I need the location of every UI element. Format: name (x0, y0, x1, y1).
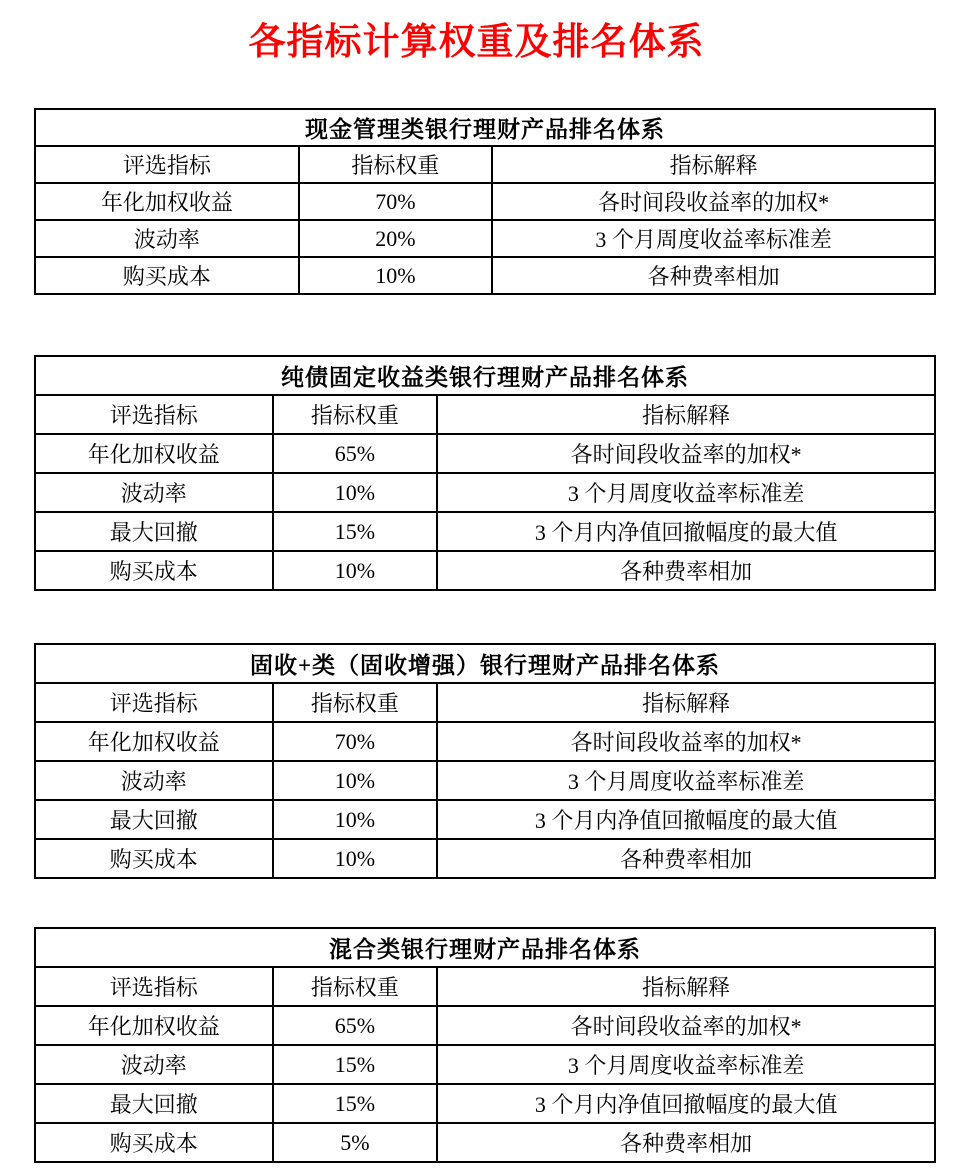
table-cash-management: 现金管理类银行理财产品排名体系 评选指标 指标权重 指标解释 年化加权收益 70… (34, 108, 936, 295)
indicator-name-cell: 最大回撤 (35, 512, 273, 551)
table-row: 购买成本 10% 各种费率相加 (35, 839, 935, 878)
indicator-explanation-cell: 3 个月内净值回撤幅度的最大值 (437, 512, 935, 551)
indicator-name-cell: 最大回撤 (35, 800, 273, 839)
table-row: 年化加权收益 65% 各时间段收益率的加权* (35, 1006, 935, 1045)
col-header-indicator: 评选指标 (35, 146, 299, 183)
col-header-explanation: 指标解释 (492, 146, 935, 183)
table-title-row: 固收+类（固收增强）银行理财产品排名体系 (35, 644, 935, 683)
table-fixed-income-plus: 固收+类（固收增强）银行理财产品排名体系 评选指标 指标权重 指标解释 年化加权… (34, 643, 936, 879)
indicator-weight-cell: 70% (299, 183, 493, 220)
indicator-weight-cell: 15% (273, 512, 438, 551)
indicator-weight-cell: 10% (299, 257, 493, 294)
table-title: 纯债固定收益类银行理财产品排名体系 (35, 356, 935, 395)
indicator-explanation-cell: 各时间段收益率的加权* (437, 1006, 935, 1045)
table-row: 购买成本 10% 各种费率相加 (35, 551, 935, 590)
indicator-name-cell: 购买成本 (35, 839, 273, 878)
indicator-name-cell: 购买成本 (35, 1123, 273, 1162)
indicator-weight-cell: 65% (273, 1006, 438, 1045)
col-header-explanation: 指标解释 (437, 683, 935, 722)
indicator-weight-cell: 10% (273, 551, 438, 590)
indicator-explanation-cell: 3 个月周度收益率标准差 (437, 1045, 935, 1084)
indicator-explanation-cell: 3 个月周度收益率标准差 (437, 761, 935, 800)
table-pure-bond-fixed-income: 纯债固定收益类银行理财产品排名体系 评选指标 指标权重 指标解释 年化加权收益 … (34, 355, 936, 591)
table-row: 最大回撤 15% 3 个月内净值回撤幅度的最大值 (35, 1084, 935, 1123)
table-title: 混合类银行理财产品排名体系 (35, 928, 935, 967)
indicator-name-cell: 年化加权收益 (35, 183, 299, 220)
table-title-row: 现金管理类银行理财产品排名体系 (35, 109, 935, 146)
indicator-explanation-cell: 各种费率相加 (437, 551, 935, 590)
table-row: 波动率 20% 3 个月周度收益率标准差 (35, 220, 935, 257)
indicator-explanation-cell: 各时间段收益率的加权* (492, 183, 935, 220)
indicator-name-cell: 年化加权收益 (35, 722, 273, 761)
table-row: 年化加权收益 65% 各时间段收益率的加权* (35, 434, 935, 473)
table-row: 年化加权收益 70% 各时间段收益率的加权* (35, 183, 935, 220)
page-title: 各指标计算权重及排名体系 (0, 22, 953, 62)
col-header-weight: 指标权重 (299, 146, 493, 183)
table-header-row: 评选指标 指标权重 指标解释 (35, 395, 935, 434)
col-header-weight: 指标权重 (273, 683, 438, 722)
indicator-explanation-cell: 3 个月内净值回撤幅度的最大值 (437, 1084, 935, 1123)
indicator-name-cell: 年化加权收益 (35, 434, 273, 473)
table-header-row: 评选指标 指标权重 指标解释 (35, 146, 935, 183)
indicator-weight-cell: 10% (273, 473, 438, 512)
table-header-row: 评选指标 指标权重 指标解释 (35, 967, 935, 1006)
table-header-row: 评选指标 指标权重 指标解释 (35, 683, 935, 722)
table-row: 波动率 10% 3 个月周度收益率标准差 (35, 761, 935, 800)
table-title: 现金管理类银行理财产品排名体系 (35, 109, 935, 146)
table-title-row: 纯债固定收益类银行理财产品排名体系 (35, 356, 935, 395)
indicator-explanation-cell: 各种费率相加 (492, 257, 935, 294)
indicator-name-cell: 购买成本 (35, 257, 299, 294)
table-row: 最大回撤 15% 3 个月内净值回撤幅度的最大值 (35, 512, 935, 551)
col-header-weight: 指标权重 (273, 967, 438, 1006)
indicator-weight-cell: 10% (273, 800, 438, 839)
table-row: 年化加权收益 70% 各时间段收益率的加权* (35, 722, 935, 761)
indicator-weight-cell: 5% (273, 1123, 438, 1162)
indicator-name-cell: 最大回撤 (35, 1084, 273, 1123)
col-header-weight: 指标权重 (273, 395, 438, 434)
table-title-row: 混合类银行理财产品排名体系 (35, 928, 935, 967)
indicator-weight-cell: 65% (273, 434, 438, 473)
indicator-weight-cell: 15% (273, 1045, 438, 1084)
indicator-name-cell: 波动率 (35, 1045, 273, 1084)
indicator-name-cell: 年化加权收益 (35, 1006, 273, 1045)
indicator-weight-cell: 10% (273, 761, 438, 800)
indicator-explanation-cell: 3 个月内净值回撤幅度的最大值 (437, 800, 935, 839)
col-header-indicator: 评选指标 (35, 395, 273, 434)
indicator-weight-cell: 15% (273, 1084, 438, 1123)
indicator-name-cell: 波动率 (35, 220, 299, 257)
table-row: 最大回撤 10% 3 个月内净值回撤幅度的最大值 (35, 800, 935, 839)
col-header-explanation: 指标解释 (437, 395, 935, 434)
table-row: 购买成本 5% 各种费率相加 (35, 1123, 935, 1162)
col-header-indicator: 评选指标 (35, 967, 273, 1006)
indicator-explanation-cell: 3 个月周度收益率标准差 (437, 473, 935, 512)
table-row: 购买成本 10% 各种费率相加 (35, 257, 935, 294)
table-title: 固收+类（固收增强）银行理财产品排名体系 (35, 644, 935, 683)
indicator-name-cell: 波动率 (35, 473, 273, 512)
table-row: 波动率 15% 3 个月周度收益率标准差 (35, 1045, 935, 1084)
indicator-explanation-cell: 3 个月周度收益率标准差 (492, 220, 935, 257)
indicator-weight-cell: 70% (273, 722, 438, 761)
col-header-indicator: 评选指标 (35, 683, 273, 722)
table-hybrid: 混合类银行理财产品排名体系 评选指标 指标权重 指标解释 年化加权收益 65% … (34, 927, 936, 1163)
indicator-name-cell: 购买成本 (35, 551, 273, 590)
indicator-weight-cell: 10% (273, 839, 438, 878)
table-row: 波动率 10% 3 个月周度收益率标准差 (35, 473, 935, 512)
indicator-explanation-cell: 各种费率相加 (437, 1123, 935, 1162)
indicator-explanation-cell: 各种费率相加 (437, 839, 935, 878)
indicator-name-cell: 波动率 (35, 761, 273, 800)
indicator-explanation-cell: 各时间段收益率的加权* (437, 722, 935, 761)
indicator-weight-cell: 20% (299, 220, 493, 257)
col-header-explanation: 指标解释 (437, 967, 935, 1006)
indicator-explanation-cell: 各时间段收益率的加权* (437, 434, 935, 473)
